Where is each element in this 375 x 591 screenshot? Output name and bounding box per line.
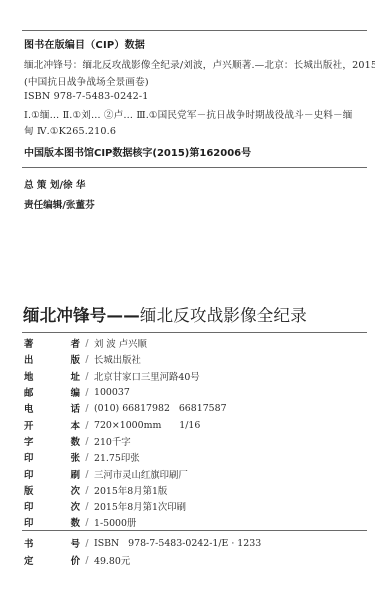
slash-divider: /: [80, 420, 94, 431]
slash-divider: /: [80, 501, 94, 512]
cip-verify-number: 中国版本图书馆CIP数据核字(2015)第162006号: [24, 144, 251, 159]
slash-divider: /: [80, 403, 94, 414]
book-title: 缅北冲锋号——缅北反攻战影像全纪录: [23, 302, 307, 326]
spec-row-printed-sheets: 印张 / 21.75印张: [24, 450, 140, 464]
responsible-editor: 责任编辑/张董芬: [24, 197, 95, 211]
cip-line-isbn: ISBN 978-7-5483-0242-1: [24, 91, 148, 102]
cip-line-series: (中国抗日战争战场全景画卷): [24, 74, 149, 88]
spec-value: 2015年8月第1次印刷: [94, 499, 186, 513]
slash-divider: /: [80, 469, 94, 480]
specs-bottom-rule: [22, 530, 367, 531]
spec-row-edition: 版次 / 2015年8月第1版: [24, 483, 167, 497]
spec-label: 地址: [24, 369, 80, 383]
spec-row-address: 地址 / 北京甘家口三里河路40号: [24, 369, 200, 383]
book-title-dash: ——: [107, 306, 140, 325]
spec-value: 100037: [94, 387, 130, 398]
spec-value: 720×1000mm 1/16: [94, 420, 200, 431]
isbn-row: 书号 / ISBN 978-7-5483-0242-1/E · 1233: [24, 536, 261, 550]
spec-label: 印张: [24, 450, 80, 464]
spec-value: 2015年8月第1版: [94, 483, 167, 497]
spec-label: 定价: [24, 553, 80, 567]
spec-row-publisher: 出版 / 长城出版社: [24, 352, 141, 366]
spec-row-print-run: 印数 / 1-5000册: [24, 515, 136, 529]
spec-row-printer: 印刷 / 三河市灵山红旗印刷厂: [24, 467, 188, 481]
spec-label: 印数: [24, 515, 80, 529]
spec-row-author: 著者 / 刘 波 卢兴顺: [24, 336, 147, 350]
spec-row-word-count: 字数 / 210千字: [24, 434, 131, 448]
cip-line-classification: Ⅰ.①缅… Ⅱ.①刘… ②卢… Ⅲ.①国民党军－抗日战争时期战役战斗－史料－缅: [24, 107, 353, 121]
top-rule: [22, 30, 367, 31]
slash-divider: /: [80, 555, 94, 566]
slash-divider: /: [80, 517, 94, 528]
spec-value: 三河市灵山红旗印刷厂: [94, 467, 188, 481]
cip-bottom-rule: [22, 167, 367, 168]
spec-value: 210千字: [94, 434, 131, 448]
price-row: 定价 / 49.80元: [24, 553, 130, 567]
slash-divider: /: [80, 436, 94, 447]
spec-value: (010) 66817982 66817587: [94, 403, 227, 414]
spec-value: 21.75印张: [94, 450, 140, 464]
chief-planner: 总 策 划/徐 华: [24, 177, 86, 191]
title-rule: [22, 332, 367, 333]
spec-label: 印次: [24, 499, 80, 513]
spec-value: 1-5000册: [94, 515, 136, 529]
slash-divider: /: [80, 338, 94, 349]
cip-line-classification-cont: 甸 Ⅳ.①K265.210.6: [24, 123, 116, 137]
slash-divider: /: [80, 387, 94, 398]
slash-divider: /: [80, 452, 94, 463]
isbn-value: ISBN 978-7-5483-0242-1/E · 1233: [94, 538, 261, 549]
spec-row-phone: 电话 / (010) 66817982 66817587: [24, 401, 227, 415]
slash-divider: /: [80, 485, 94, 496]
price-value: 49.80元: [94, 553, 130, 567]
cip-line-title: 缅北冲锋号：缅北反攻战影像全纪录/刘波，卢兴顺著.—北京：长城出版社，2015.…: [24, 57, 375, 71]
spec-label: 电话: [24, 401, 80, 415]
spec-row-impression: 印次 / 2015年8月第1次印刷: [24, 499, 186, 513]
cip-heading: 图书在版编目（CIP）数据: [24, 36, 145, 51]
spec-label: 印刷: [24, 467, 80, 481]
spec-label: 字数: [24, 434, 80, 448]
book-title-main: 缅北冲锋号: [23, 306, 107, 325]
slash-divider: /: [80, 354, 94, 365]
spec-label: 邮编: [24, 385, 80, 399]
spec-value: 刘 波 卢兴顺: [94, 336, 147, 350]
spec-row-postcode: 邮编 / 100037: [24, 385, 130, 399]
spec-label: 开本: [24, 418, 80, 432]
book-title-subtitle: 缅北反攻战影像全纪录: [140, 306, 307, 325]
spec-label: 出版: [24, 352, 80, 366]
spec-row-format: 开本 / 720×1000mm 1/16: [24, 418, 200, 432]
spec-label: 版次: [24, 483, 80, 497]
spec-label: 著者: [24, 336, 80, 350]
spec-value: 北京甘家口三里河路40号: [94, 369, 200, 383]
spec-label: 书号: [24, 536, 80, 550]
slash-divider: /: [80, 538, 94, 549]
slash-divider: /: [80, 371, 94, 382]
spec-value: 长城出版社: [94, 352, 141, 366]
